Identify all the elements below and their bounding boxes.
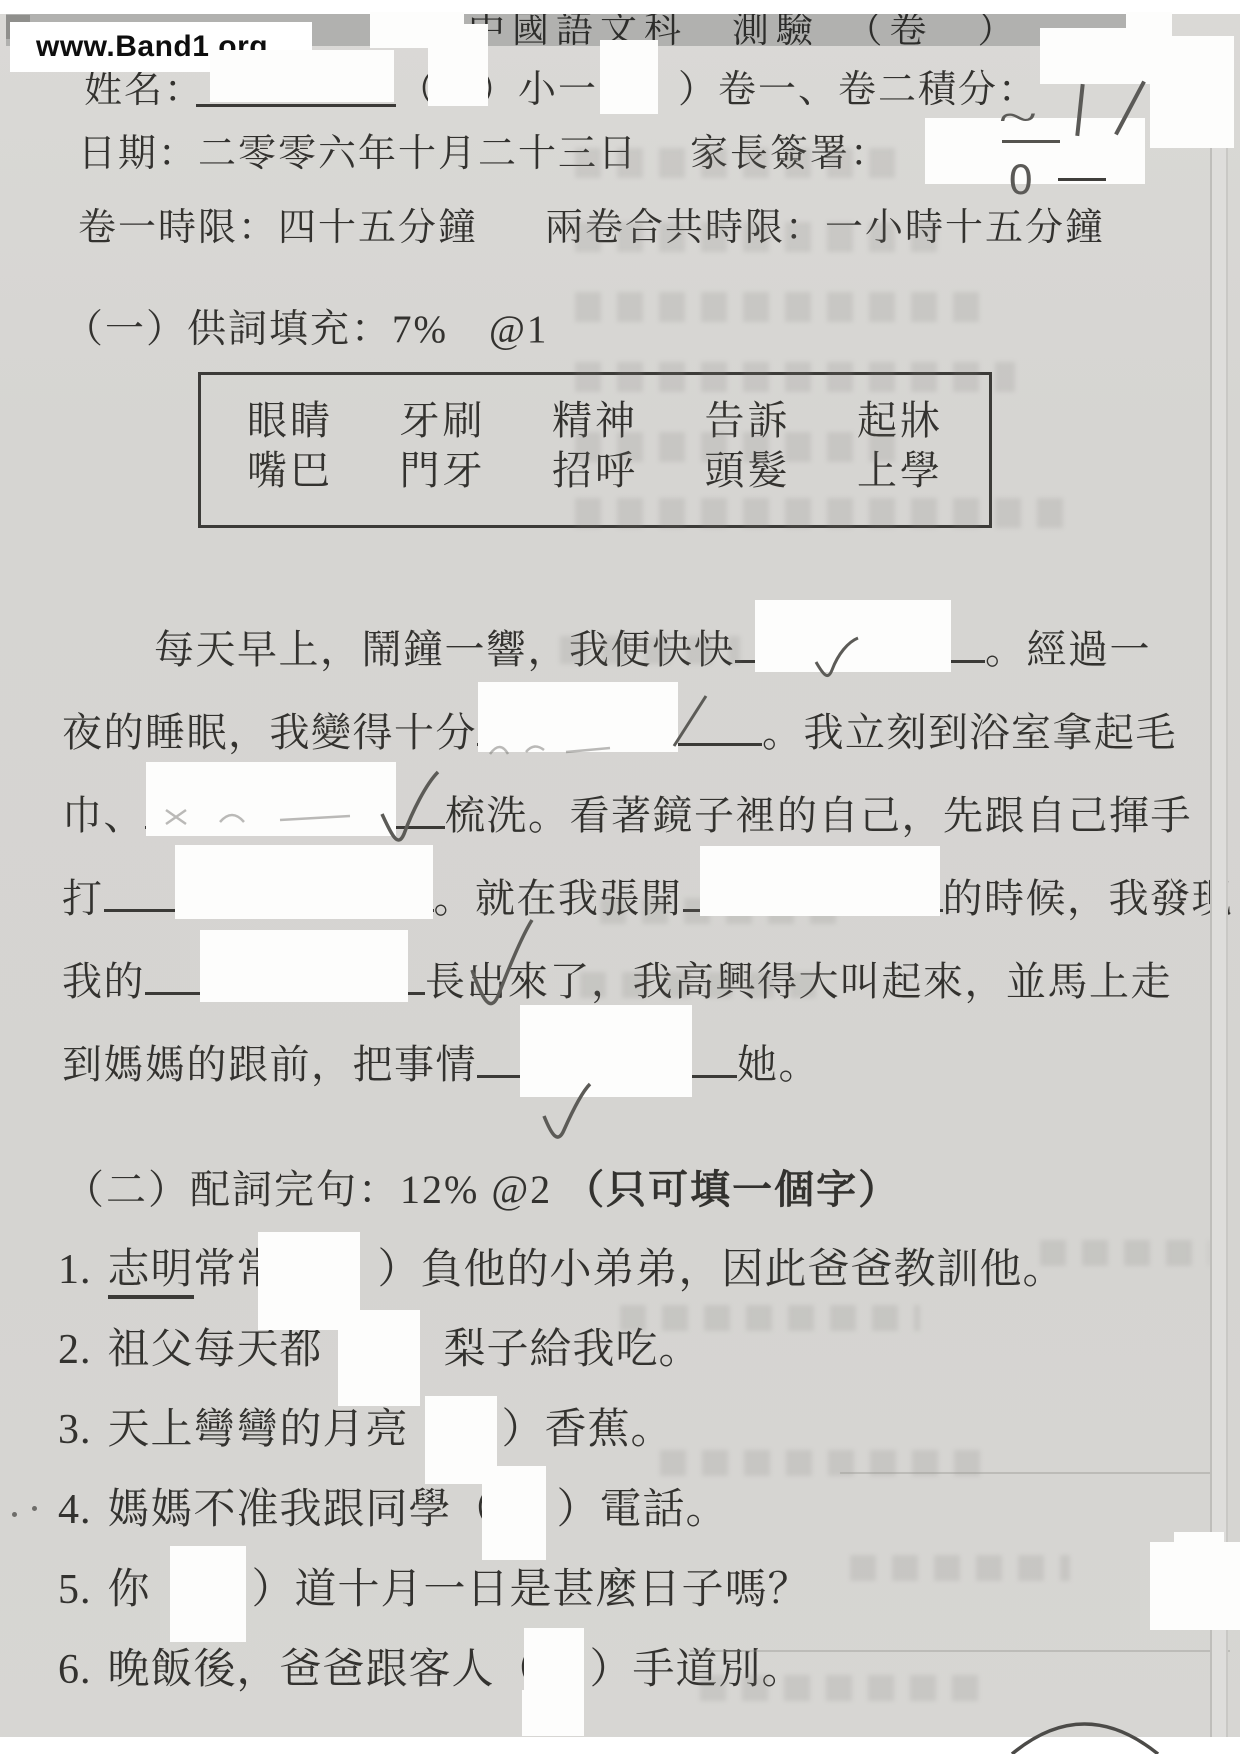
paper-crease <box>690 1650 1230 1652</box>
passage-text: 到媽媽的跟前，把事情 <box>62 1042 477 1087</box>
whiteout-patch-class <box>428 24 488 106</box>
question-row: 3.天上彎彎的月亮（）香蕉。 <box>58 1390 1240 1470</box>
whiteout-patch <box>1174 1532 1224 1548</box>
whiteout-patch-name <box>210 50 394 102</box>
passage-text: 。經過一 <box>985 627 1151 672</box>
handwriting-remnant <box>486 738 616 758</box>
whiteout-patch-answer <box>200 930 408 1002</box>
word-bank-item: 眼睛 <box>247 389 333 439</box>
checkmark <box>540 1082 592 1144</box>
bleedthrough-smudge <box>560 636 740 664</box>
whiteout-patch-answer <box>170 1546 246 1642</box>
question-number: 5. <box>58 1567 92 1613</box>
bleedthrough-smudge <box>700 1675 980 1701</box>
question-text-post: ）負他的小弟弟，因此爸爸教訓他。 <box>378 1247 1066 1293</box>
paper-crease <box>840 1472 1220 1474</box>
word-bank-item: 牙刷 <box>400 389 486 439</box>
signature-underline-mark <box>1058 178 1106 181</box>
bleedthrough-smudge <box>580 972 830 998</box>
passage-text: 梳洗。看著鏡子裡的自己，先跟自己揮手 <box>445 793 1192 838</box>
passage-text: 巾、 <box>62 793 145 838</box>
whiteout-patch <box>1150 1542 1240 1630</box>
section-two-heading-note: （只可填一個字） <box>564 1167 900 1212</box>
section-two-heading-text: （二）配詞完句：12% @2 <box>64 1167 564 1212</box>
slash-mark <box>668 694 710 748</box>
signature-zero-mark: 0 <box>1008 158 1033 204</box>
passage-text: 我的 <box>62 959 145 1004</box>
whiteout-patch <box>522 1690 584 1736</box>
page-edge-line <box>1210 95 1228 1737</box>
question-row: 4.媽媽不准我跟同學（）電話。 <box>58 1470 1240 1550</box>
score-tilde-mark: ~ <box>999 92 1037 143</box>
stray-dot <box>32 1506 37 1511</box>
question-text-post: ）電話。 <box>557 1487 729 1533</box>
passage-text: 的時候，我發現 <box>943 876 1234 921</box>
scan-top-margin <box>0 0 1240 14</box>
question-number: 6. <box>58 1647 92 1693</box>
passage-text: 夜的睡眠，我變得十分 <box>62 710 477 755</box>
exam-paper-page: 級 中國語文科 測驗 （卷 ） www.Band1.org 姓名： （ ）小一（… <box>0 0 1240 1754</box>
question-text-post: ）道十月一日是甚麼日子嗎？ <box>252 1567 811 1613</box>
checkmark <box>468 918 536 1016</box>
question-number: 4. <box>58 1487 92 1533</box>
question-text-pre: 祖父每天都 <box>108 1327 323 1373</box>
bleedthrough-smudge <box>575 292 995 322</box>
bleedthrough-smudge <box>575 148 905 178</box>
paper-one-time-limit: 卷一時限：四十五分鐘 <box>78 196 478 251</box>
stray-dot <box>12 1512 17 1517</box>
whiteout-patch-answer <box>175 845 433 919</box>
date-line: 日期：二零零六年十月二十三日 <box>78 122 638 177</box>
word-bank-item: 門牙 <box>400 439 486 489</box>
word-bank-item: 嘴巴 <box>247 439 333 489</box>
passage-text: 她。 <box>737 1042 820 1087</box>
question-text-pre: 媽媽不准我跟同學（ <box>108 1487 495 1533</box>
name-line-rest: （ ）小一（ ）卷一、卷二積分： <box>398 58 1038 113</box>
question-text-post: ）香蕉。 <box>502 1407 674 1453</box>
question-number: 3. <box>58 1407 92 1453</box>
section-one-heading: （一）供詞填充：7% @1 <box>64 298 548 354</box>
question-text-pre: 晚飯後，爸爸跟客人（ <box>108 1647 538 1693</box>
whiteout-patch-answer <box>338 1310 420 1406</box>
score-circle-arc <box>1000 1698 1170 1754</box>
handwriting-remnant <box>160 806 360 828</box>
whiteout-patch-answer <box>482 1466 546 1560</box>
bleedthrough-smudge <box>1040 1240 1210 1266</box>
bleedthrough-smudge <box>850 1555 1070 1581</box>
bleedthrough-smudge <box>575 498 1075 528</box>
bleedthrough-smudge <box>575 222 945 252</box>
section-two-heading: （二）配詞完句：12% @2 （只可填一個字） <box>64 1158 900 1215</box>
question-text-post: ）梨子給我吃。 <box>401 1327 702 1373</box>
bleedthrough-smudge <box>575 432 905 462</box>
question-number: 2. <box>58 1327 92 1373</box>
whiteout-patch-answer <box>700 846 940 916</box>
whiteout-patch-score <box>1150 36 1234 148</box>
question-number: 1. <box>58 1247 92 1293</box>
passage-text: 打 <box>62 876 104 921</box>
question-text-pre: 天上彎彎的月亮（ <box>108 1407 452 1453</box>
whiteout-patch-classno <box>600 40 658 114</box>
checkmark <box>378 770 440 850</box>
bleedthrough-smudge <box>620 1305 920 1331</box>
passage-text: 。我立刻到浴室拿起毛 <box>762 710 1177 755</box>
checkmark <box>812 636 860 684</box>
score-underline-mark <box>1002 140 1060 143</box>
name-blank-line[interactable] <box>196 104 396 107</box>
underlined-name: 志明 <box>108 1247 194 1299</box>
bleedthrough-smudge <box>575 362 1015 392</box>
